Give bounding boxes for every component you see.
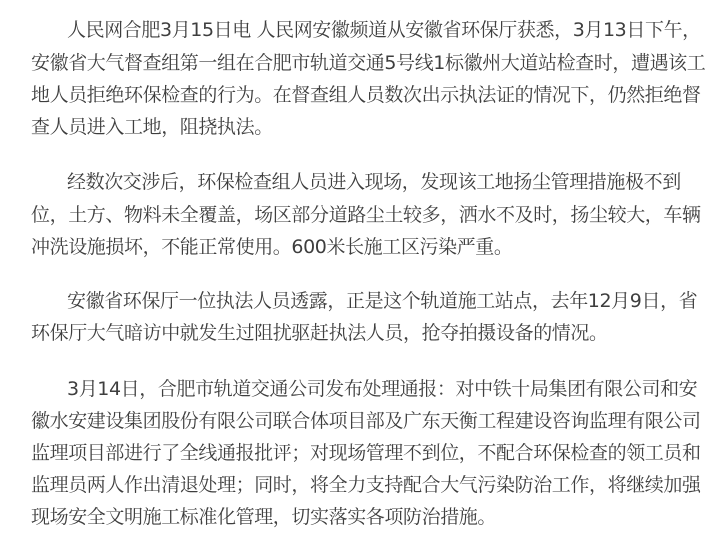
- paragraph-line: 地人员拒绝环保检查的行为。在督查组人员数次出示执法证的情况下，仍然拒绝督: [31, 83, 701, 107]
- paragraph-line: 安徽省环保厅一位执法人员透露，正是这个轨道施工站点，去年12月9日，省: [67, 289, 697, 313]
- paragraph-line: 安徽省大气督查组第一组在合肥市轨道交通5号线1标徽州大道站检查时，遭遇该工: [31, 51, 705, 75]
- paragraph-line: 监理员两人作出清退处理；同时，将全力支持配合大气污染防治工作，将继续加强: [31, 473, 701, 497]
- paragraph-line: 经数次交涉后，环保检查组人员进入现场，发现该工地扬尘管理措施极不到: [67, 170, 681, 194]
- paragraph-line: 徽水安建设集团股份有限公司联合体项目部及广东天衡工程建设咨询监理有限公司: [31, 409, 701, 433]
- paragraph-line: 环保厅大气暗访中就发生过阻扰驱赶执法人员，抢夺拍摄设备的情况。: [31, 321, 608, 345]
- paragraph-line: 监理项目部进行了全线通报批评；对现场管理不到位，不配合环保检查的领工员和: [31, 441, 701, 465]
- paragraph-line: 现场安全文明施工标准化管理，切实落实各项防治措施。: [31, 505, 496, 529]
- paragraph-line: 3月14日，合肥市轨道交通公司发布处理通报：对中铁十局集团有限公司和安: [67, 377, 697, 401]
- paragraph-line: 位，土方、物料未全覆盖，场区部分道路尘土较多，洒水不及时，扬尘较大，车辆: [31, 203, 701, 227]
- paragraph-line: 冲洗设施损坏，不能正常使用。600米长施工区污染严重。: [31, 235, 512, 259]
- paragraph-line: 人民网合肥3月15日电 人民网安徽频道从安徽省环保厅获悉，3月13日下午，: [67, 18, 701, 42]
- paragraph-line: 查人员进入工地，阻挠执法。: [31, 115, 273, 139]
